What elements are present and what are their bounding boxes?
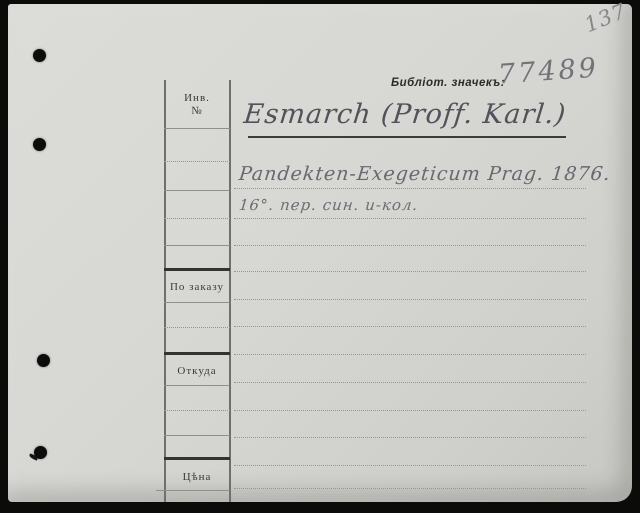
page-number: 137 [581, 0, 630, 37]
column-rule [164, 435, 230, 436]
ruled-line [234, 382, 586, 383]
punch-hole [37, 354, 50, 367]
column-section-divider [164, 268, 230, 271]
column-rule [164, 128, 230, 129]
ink-blot [34, 446, 47, 459]
column-rule [164, 410, 230, 411]
column-rule [164, 245, 230, 246]
ruled-line [234, 326, 586, 327]
author-heading: Esmarch (Proff. Karl.) [238, 99, 571, 130]
price-label: Цѣна [156, 471, 238, 484]
library-stamp-label: Библіот. значекъ: [391, 77, 505, 89]
scanned-catalog-card-page: { "scan": { "corner_number": "137" }, "h… [0, 0, 640, 513]
column-rule [164, 327, 230, 328]
inventory-number-label: Инв. № [156, 92, 238, 118]
ruled-line [234, 188, 586, 189]
column-section-divider [164, 352, 230, 355]
author-underline [248, 136, 566, 138]
inventory-label-line2: № [156, 105, 238, 118]
order-label: По заказу [156, 281, 238, 294]
accession-number: 77489 [497, 53, 600, 91]
punch-hole [33, 49, 46, 62]
ruled-line [234, 488, 586, 489]
column-rule [164, 161, 230, 162]
title-line: Pandekten-Exegeticum Prag. 1876. [238, 163, 612, 185]
origin-label: Откуда [156, 365, 238, 378]
inventory-label-line1: Инв. [156, 92, 238, 105]
column-rule [156, 490, 230, 491]
column-rule [164, 302, 230, 303]
ruled-line [234, 245, 586, 246]
ruled-line [234, 271, 586, 272]
column-section-divider [164, 457, 230, 460]
punch-hole [33, 138, 46, 151]
catalog-card: Инв. № По заказу Откуда Цѣна Библіот. зн… [8, 4, 632, 502]
ruled-line [234, 410, 586, 411]
ruled-line [234, 218, 586, 219]
format-line: 16°. пер. син. и-кол. [238, 196, 419, 214]
ruled-line [234, 299, 586, 300]
ruled-line [234, 437, 586, 438]
ruled-line [234, 465, 586, 466]
ruled-line [234, 354, 586, 355]
column-rule [164, 385, 230, 386]
column-rule [164, 218, 230, 219]
column-rule [164, 190, 230, 191]
